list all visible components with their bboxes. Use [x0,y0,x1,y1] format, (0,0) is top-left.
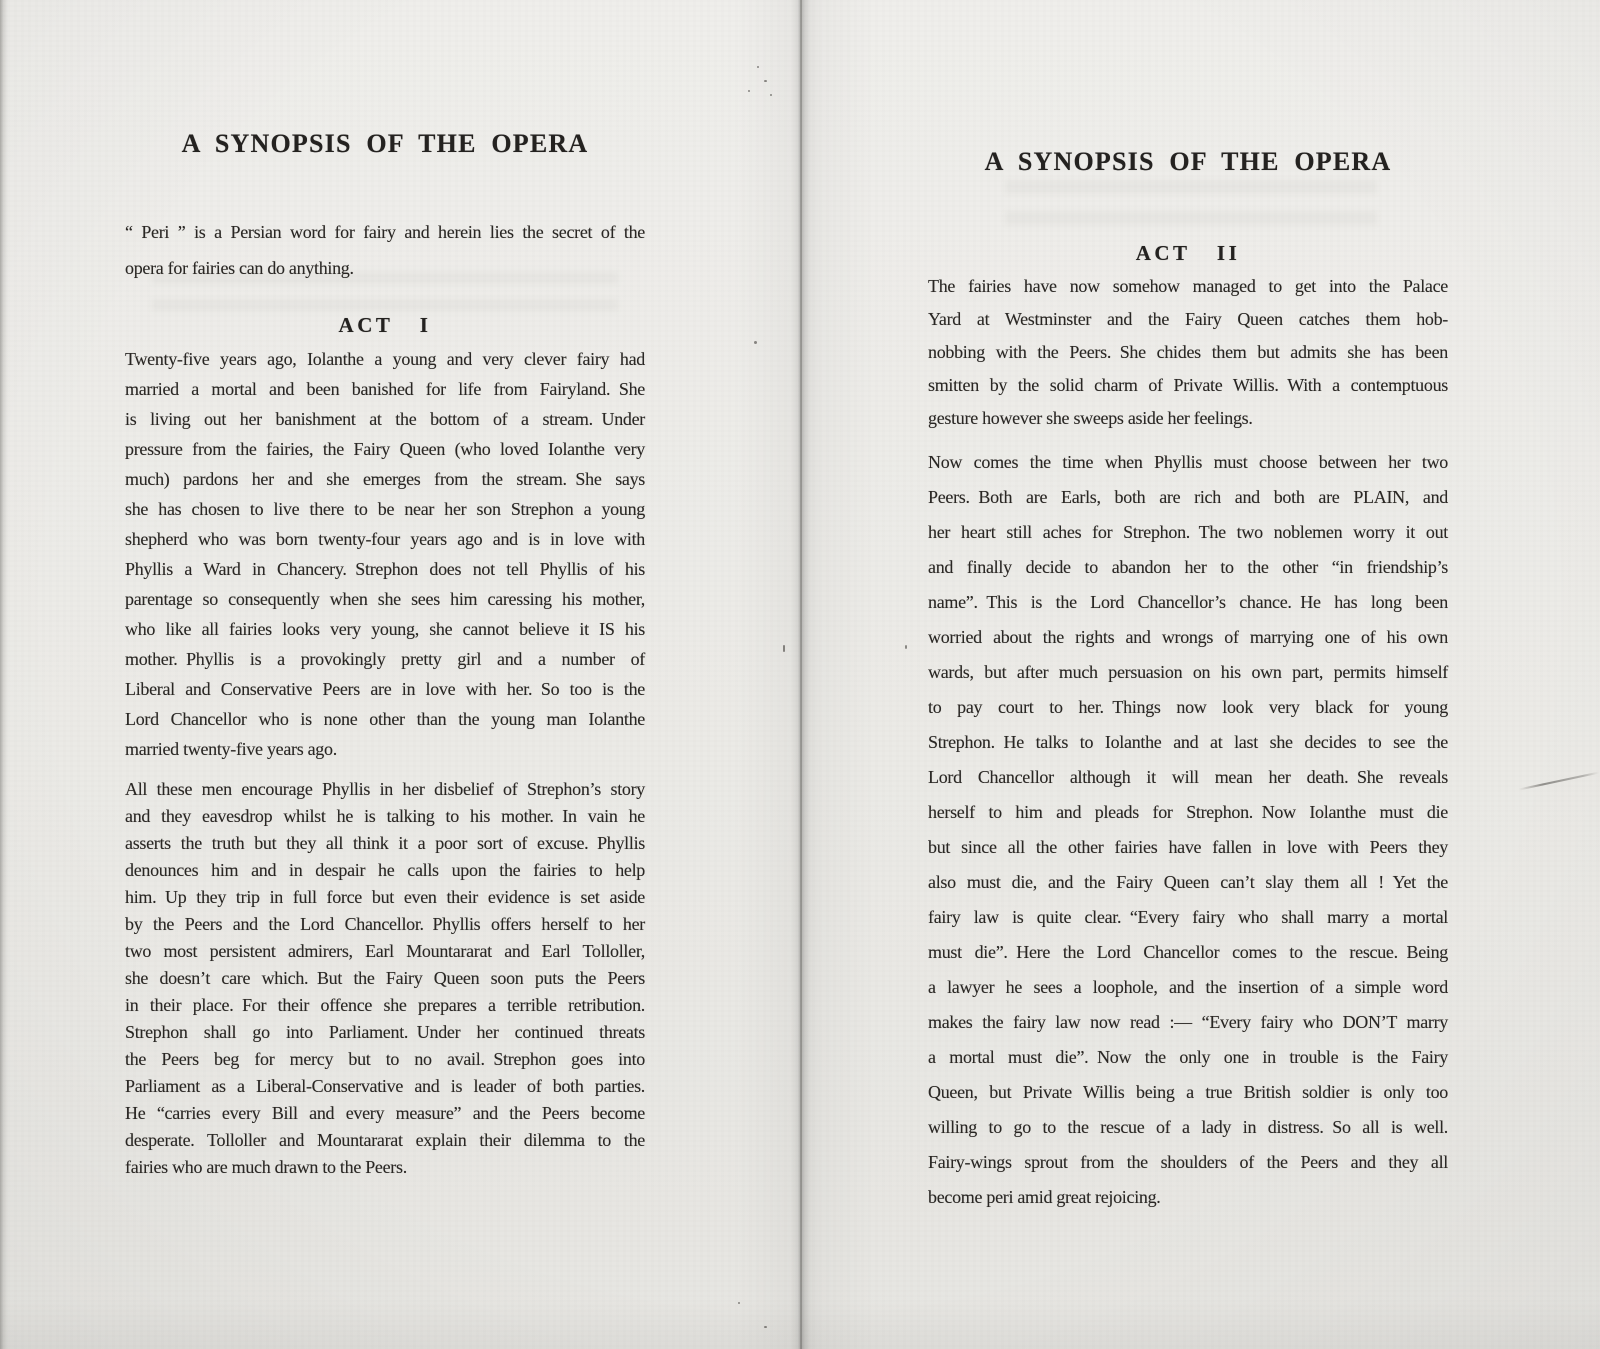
text-line: opera for fairies can do anything. [125,250,645,286]
intro-paragraph: “ Peri ” is a Persian word for fairy and… [125,214,645,286]
text-line: Now comes the time when Phyllis must cho… [928,445,1448,480]
text-line: much) pardons her and she emerges from t… [125,464,645,494]
programme-scan: A SYNOPSIS OF THE OPERA “ Peri ” is a Pe… [0,0,1600,1349]
text-line: Strephon. He talks to Iolanthe and at la… [928,725,1448,760]
left-synopsis-heading: A SYNOPSIS OF THE OPERA [125,130,645,158]
text-line: she has chosen to live there to be near … [125,494,645,524]
paper-speck [754,341,757,344]
text-line: but since all the other fairies have fal… [928,830,1448,865]
paper-speck [764,80,767,82]
paper-speck [757,66,759,68]
page-fold [791,0,811,1349]
text-line: the Peers beg for mercy but to no avail.… [125,1046,645,1073]
page-left-edge [0,0,8,1349]
text-line: Liberal and Conservative Peers are in lo… [125,674,645,704]
text-line: wards, but after much persuasion on his … [928,655,1448,690]
paper-speck [748,90,750,92]
text-line: who like all fairies looks very young, s… [125,614,645,644]
text-line: also must die, and the Fairy Queen can’t… [928,865,1448,900]
right-synopsis-heading: A SYNOPSIS OF THE OPERA [928,148,1448,176]
text-line: a lawyer he sees a loophole, and the ins… [928,970,1448,1005]
text-line: must die”. Here the Lord Chancellor come… [928,935,1448,970]
text-line: smitten by the solid charm of Private Wi… [928,369,1448,402]
act1-paragraph-1: Twenty-five years ago, Iolanthe a young … [125,344,645,764]
text-line: fairy law is quite clear. “Every fairy w… [928,900,1448,935]
text-line: denounces him and in despair he calls up… [125,857,645,884]
text-line: fairies who are much drawn to the Peers. [125,1154,645,1181]
text-line: willing to go to the rescue of a lady in… [928,1110,1448,1145]
text-line: shepherd who was born twenty-four years … [125,524,645,554]
text-line: and they eavesdrop whilst he is talking … [125,803,645,830]
paper-speck [738,1302,740,1304]
text-line: herself to him and pleads for Strephon. … [928,795,1448,830]
text-line: makes the fairy law now read :— “Every f… [928,1005,1448,1040]
text-line: All these men encourage Phyllis in her d… [125,776,645,803]
act1-paragraph-2: All these men encourage Phyllis in her d… [125,776,645,1181]
text-line: Yard at Westminster and the Fairy Queen … [928,303,1448,336]
text-line: a mortal must die”. Now the only one in … [928,1040,1448,1075]
text-line: Queen, but Private Willis being a true B… [928,1075,1448,1110]
act2-paragraph-2: Now comes the time when Phyllis must cho… [928,445,1448,1215]
left-page: A SYNOPSIS OF THE OPERA “ Peri ” is a Pe… [125,0,645,1349]
act2-paragraph-1: The fairies have now somehow managed to … [928,270,1448,435]
paper-speck [770,94,772,96]
scratch-mark [1519,771,1600,790]
text-line: The fairies have now somehow managed to … [928,270,1448,303]
text-line: Peers. Both are Earls, both are rich and… [928,480,1448,515]
paper-speck [905,645,907,649]
text-line: parentage so consequently when she sees … [125,584,645,614]
act1-heading: ACT I [125,312,645,338]
text-line: gesture however she sweeps aside her fee… [928,402,1448,435]
text-line: to pay court to her. Things now look ver… [928,690,1448,725]
text-line: two most persistent admirers, Earl Mount… [125,938,645,965]
paper-speck [764,1326,767,1328]
text-line: Twenty-five years ago, Iolanthe a young … [125,344,645,374]
text-line: asserts the truth but they all think it … [125,830,645,857]
text-line: mother. Phyllis is a provokingly pretty … [125,644,645,674]
paper-speck [783,645,785,652]
right-page: A SYNOPSIS OF THE OPERA ACT II The fairi… [928,0,1448,1349]
text-line: by the Peers and the Lord Chancellor. Ph… [125,911,645,938]
act2-heading: ACT II [928,240,1448,266]
text-line: Phyllis a Ward in Chancery. Strephon doe… [125,554,645,584]
text-line: Lord Chancellor who is none other than t… [125,704,645,734]
text-line: Lord Chancellor although it will mean he… [928,760,1448,795]
text-line: worried about the rights and wrongs of m… [928,620,1448,655]
text-line: Fairy-wings sprout from the shoulders of… [928,1145,1448,1180]
text-line: and finally decide to abandon her to the… [928,550,1448,585]
text-line: in their place. For their offence she pr… [125,992,645,1019]
text-line: nobbing with the Peers. She chides them … [928,336,1448,369]
text-line: Strephon shall go into Parliament. Under… [125,1019,645,1046]
text-line: become peri amid great rejoicing. [928,1180,1448,1215]
text-line: married twenty-five years ago. [125,734,645,764]
text-line: is living out her banishment at the bott… [125,404,645,434]
text-line: pressure from the fairies, the Fairy Que… [125,434,645,464]
text-line: “ Peri ” is a Persian word for fairy and… [125,214,645,250]
text-line: she doesn’t care which. But the Fairy Qu… [125,965,645,992]
text-line: name”. This is the Lord Chancellor’s cha… [928,585,1448,620]
text-line: He “carries every Bill and every measure… [125,1100,645,1127]
text-line: her heart still aches for Strephon. The … [928,515,1448,550]
text-line: married a mortal and been banished for l… [125,374,645,404]
text-line: Parliament as a Liberal-Conservative and… [125,1073,645,1100]
text-line: him. Up they trip in full force but even… [125,884,645,911]
text-line: desperate. Tolloller and Mountararat exp… [125,1127,645,1154]
bottom-shadow [0,1301,1600,1349]
